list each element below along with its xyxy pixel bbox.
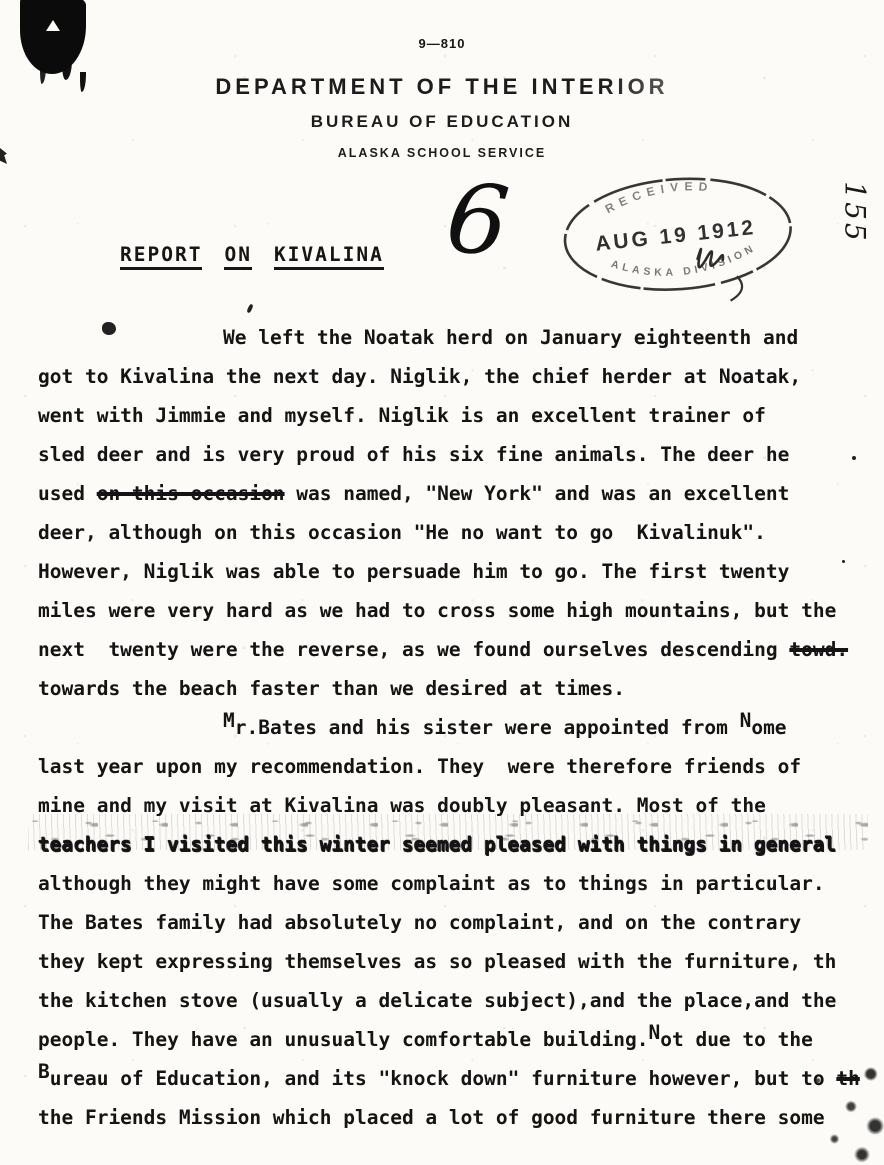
report-title: REPORTONKIVALINA: [120, 243, 406, 270]
bureau-name: BUREAU OF EDUCATION: [0, 112, 884, 132]
text-segment: towards the beach faster than we desired…: [38, 677, 625, 700]
title-word: REPORT: [120, 243, 202, 270]
text-segment: ot due to the: [660, 1028, 813, 1051]
struck-text: towd.: [789, 638, 848, 661]
stamp-arc-top-text: RECEIVED: [602, 177, 716, 216]
text-segment: went with Jimmie and myself. Niglik is a…: [38, 404, 766, 427]
text-line: mine and my visit at Kivalina was doubly…: [38, 786, 860, 825]
text-segment: next twenty were the reverse, as we foun…: [38, 638, 789, 661]
text-segment: N: [740, 709, 752, 732]
text-line: used on this occasion was named, "New Yo…: [38, 474, 860, 513]
form-number: 9—810: [0, 36, 884, 51]
text-line: they kept expressing themselves as so pl…: [38, 942, 860, 981]
department-name: DEPARTMENT OF THE INTERIOR: [0, 74, 884, 100]
text-segment: r.Bates and his sister were appointed fr…: [235, 716, 740, 739]
text-segment: last year upon my recommendation. They w…: [38, 755, 801, 778]
text-segment: However, Niglik was able to persuade him…: [38, 560, 789, 583]
text-segment: miles were very hard as we had to cross …: [38, 599, 836, 622]
stray-apostrophe-mark: [246, 304, 253, 314]
text-segment: sled deer and is very proud of his six f…: [38, 443, 789, 466]
received-date-stamp: RECEIVED AUG 19 1912 ALASKA DIVISION: [551, 159, 810, 314]
text-segment: ome: [751, 716, 786, 739]
text-line: Bureau of Education, and its "knock down…: [38, 1059, 860, 1098]
text-line: Mr.Bates and his sister were appointed f…: [38, 708, 860, 747]
text-segment: the kitchen stove (usually a delicate su…: [38, 989, 836, 1012]
text-segment: they kept expressing themselves as so pl…: [38, 950, 836, 973]
text-segment: used: [38, 482, 97, 505]
body-lines: We left the Noatak herd on January eight…: [38, 318, 860, 1137]
text-line: miles were very hard as we had to cross …: [38, 591, 860, 630]
text-segment: the Friends Mission which placed a lot o…: [38, 1106, 825, 1129]
text-line: although they might have some complaint …: [38, 864, 860, 903]
text-segment: got to Kivalina the next day. Niglik, th…: [38, 365, 801, 388]
margin-page-number: 155: [839, 181, 872, 243]
text-segment: N: [648, 1021, 660, 1044]
struck-text: on this occasion: [97, 482, 285, 505]
stamp-date: AUG 19 1912: [594, 216, 757, 256]
text-line: next twenty were the reverse, as we foun…: [38, 630, 860, 669]
text-segment: deer, although on this occasion "He no w…: [38, 521, 766, 544]
text-line: the kitchen stove (usually a delicate su…: [38, 981, 860, 1020]
text-segment: teachers I visited this winter seemed pl…: [38, 833, 836, 856]
text-segment: was named, "New York" and was an excelle…: [285, 482, 790, 505]
scanned-document-page: 9—810 DEPARTMENT OF THE INTERIOR BUREAU …: [0, 0, 884, 1165]
text-line: got to Kivalina the next day. Niglik, th…: [38, 357, 860, 396]
struck-text: th: [836, 1067, 859, 1090]
text-segment: people. They have an unusually comfortab…: [38, 1028, 648, 1051]
text-segment: We left the Noatak herd on January eight…: [223, 326, 798, 349]
title-word: KIVALINA: [274, 243, 384, 270]
text-line: teachers I visited this winter seemed pl…: [38, 825, 860, 864]
text-segment: ureau of Education, and its "knock down"…: [50, 1067, 837, 1090]
service-name: ALASKA SCHOOL SERVICE: [0, 146, 884, 160]
text-segment: although they might have some complaint …: [38, 872, 825, 895]
text-line: deer, although on this occasion "He no w…: [38, 513, 860, 552]
text-segment: M: [223, 709, 235, 732]
text-line: last year upon my recommendation. They w…: [38, 747, 860, 786]
text-segment: B: [38, 1060, 50, 1083]
handwritten-page-number: 6: [442, 169, 513, 271]
text-line: the Friends Mission which placed a lot o…: [38, 1098, 860, 1137]
text-line: The Bates family had absolutely no compl…: [38, 903, 860, 942]
text-line: However, Niglik was able to persuade him…: [38, 552, 860, 591]
text-segment: mine and my visit at Kivalina was doubly…: [38, 794, 766, 817]
text-line: sled deer and is very proud of his six f…: [38, 435, 860, 474]
svg-text:RECEIVED: RECEIVED: [602, 177, 716, 216]
title-word: ON: [224, 243, 251, 270]
text-line: We left the Noatak herd on January eight…: [38, 318, 860, 357]
text-segment: The Bates family had absolutely no compl…: [38, 911, 801, 934]
text-line: people. They have an unusually comfortab…: [38, 1020, 860, 1059]
text-line: went with Jimmie and myself. Niglik is a…: [38, 396, 860, 435]
text-line: towards the beach faster than we desired…: [38, 669, 860, 708]
